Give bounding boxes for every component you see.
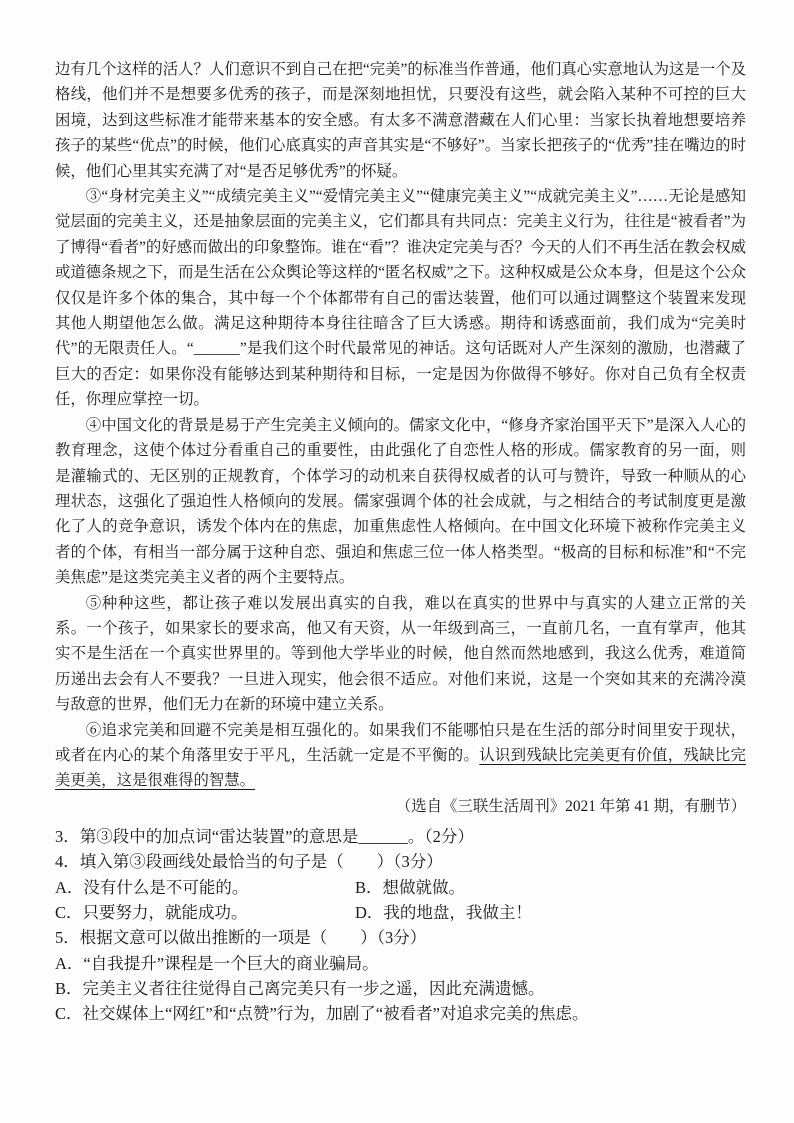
- passage-paragraph-4: ④中国文化的背景是易于产生完美主义倾向的。儒家文化中，“修身齐家治国平天下”是深…: [55, 413, 746, 591]
- passage-paragraph-continuation: 边有几个这样的活人？人们意识不到自己在把“完美”的标准当作普通，他们真心实意地认…: [55, 57, 746, 184]
- exam-page: 边有几个这样的活人？人们意识不到自己在把“完美”的标准当作普通，他们真心实意地认…: [0, 0, 794, 1123]
- question-5-option-b: B．完美主义者往往觉得自己离完美只有一步之遥，因此充满遗憾。: [55, 976, 746, 1001]
- question-4-option-d: D．我的地盘，我做主！: [355, 900, 532, 925]
- question-4-options-row-ab: A．没有什么是不可能的。 B．想做就做。: [55, 875, 746, 900]
- question-3: 3．第③段中的加点词“雷达装置”的意思是______。（2分）: [55, 824, 746, 849]
- question-4-option-b: B．想做就做。: [355, 875, 465, 900]
- question-5-option-a: A．“自我提升”课程是一个巨大的商业骗局。: [55, 951, 746, 976]
- passage-paragraph-6: ⑥追求完美和回避不完美是相互强化的。如果我们不能哪怕只是在生活的部分时间里安于现…: [55, 718, 746, 794]
- question-4-stem: 4．填入第③段画线处最恰当的句子是（ ）（3分）: [55, 849, 746, 874]
- reading-passage: 边有几个这样的活人？人们意识不到自己在把“完美”的标准当作普通，他们真心实意地认…: [55, 57, 746, 819]
- question-4-option-c: C．只要努力，就能成功。: [55, 900, 355, 925]
- question-5-option-c: C．社交媒体上“网红”和“点赞”行为，加剧了“被看者”对追求完美的焦虑。: [55, 1001, 746, 1026]
- question-5-stem: 5．根据文意可以做出推断的一项是（ ）（3分）: [55, 925, 746, 950]
- passage-paragraph-3: ③“身材完美主义”“成绩完美主义”“爱情完美主义”“健康完美主义”“成就完美主义…: [55, 184, 746, 413]
- passage-source-citation: （选自《三联生活周刊》2021 年第 41 期，有删节）: [55, 794, 746, 819]
- question-4-options-row-cd: C．只要努力，就能成功。 D．我的地盘，我做主！: [55, 900, 746, 925]
- question-4-option-a: A．没有什么是不可能的。: [55, 875, 355, 900]
- questions-section: 3．第③段中的加点词“雷达装置”的意思是______。（2分） 4．填入第③段画…: [55, 824, 746, 1026]
- passage-paragraph-5: ⑤种种这些，都让孩子难以发展出真实的自我，难以在真实的世界中与真实的人建立正常的…: [55, 591, 746, 718]
